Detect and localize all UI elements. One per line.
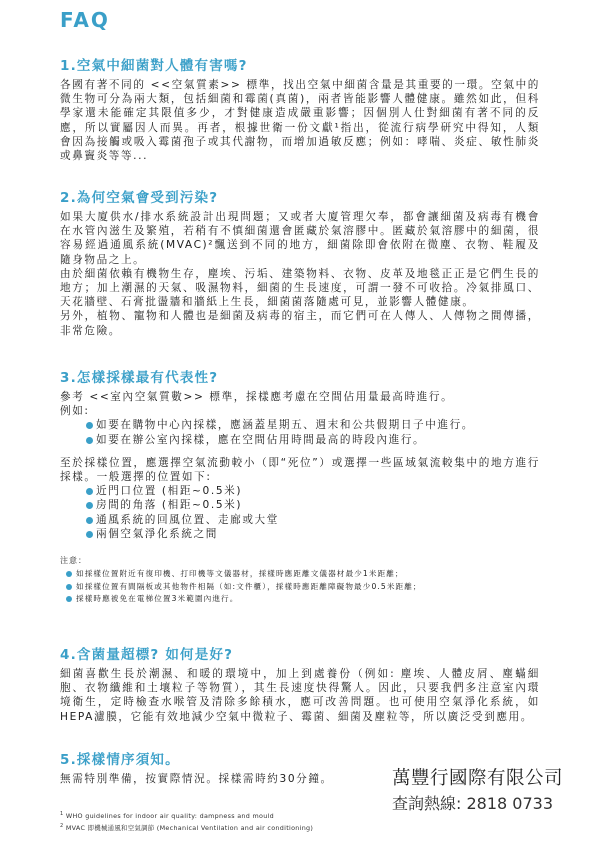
- footnote-mark: 2: [60, 823, 63, 829]
- page-title: FAQ: [60, 8, 110, 32]
- footnote-text: MVAC 即機械通風和空氣調節 (Mechanical Ventilation …: [66, 824, 313, 832]
- list-item: 通風系統的回風位置、走廊或大堂: [86, 513, 540, 527]
- section-title: 1.空氣中細菌對人體有害嗎?: [60, 58, 540, 75]
- faq-section-5: 5.採樣情序須知。 無需特別準備，按實際情況。採樣需時約30分鐘。: [60, 752, 380, 786]
- bullet-dot-icon: [66, 596, 72, 602]
- bullet-dot-icon: [66, 571, 72, 577]
- section-paragraph: 如果大廈供水/排水系統設計出現問題；又或者大廈管理欠奉，都會讓細菌及病毒有機會在…: [60, 210, 540, 267]
- footnote-2: 2 MVAC 即機械通風和空氣調節 (Mechanical Ventilatio…: [60, 822, 380, 834]
- section-paragraph: 另外，植物、寵物和人體也是細菌及病毒的宿主，而它們可在人傳人、人傳物之間傳播，非…: [60, 309, 540, 337]
- bullet-dot-icon: [86, 437, 93, 444]
- faq-section-1: 1.空氣中細菌對人體有害嗎? 各國有著不同的 <<空氣質素>> 標準，找出空氣中…: [60, 58, 540, 163]
- note-text: 採樣時應被免在電梯位置3米範圍內進行。: [76, 594, 238, 603]
- faq-section-4: 4.含菌量超標? 如何是好? 細菌喜歡生長於潮濕、和暖的環境中，加上到處養份（例…: [60, 647, 540, 724]
- location-list: 近門口位置 (相距~0.5米) 房間的角落 (相距~0.5米) 通風系統的回風位…: [60, 484, 540, 541]
- list-item: 如要在購物中心內採樣，應涵蓋星期五、週末和公共假期日子中進行。: [86, 418, 540, 432]
- list-item-text: 通風系統的回風位置、走廊或大堂: [96, 514, 279, 526]
- note-text: 如採樣位置附近有復印機、打印機等文儀器材，採樣時應距離文儀器材最少1米距離；: [76, 569, 404, 578]
- bullet-dot-icon: [86, 517, 93, 524]
- footnote-1: 1 WHO guidelines for indoor air quality:…: [60, 810, 380, 822]
- section-title: 3.怎樣採樣最有代表性?: [60, 370, 540, 387]
- bullet-dot-icon: [66, 584, 72, 590]
- section-title: 2.為何空氣會受到污染?: [60, 190, 540, 207]
- footnote-text: WHO guidelines for indoor air quality: d…: [66, 812, 274, 820]
- footnotes: 1 WHO guidelines for indoor air quality:…: [60, 810, 380, 833]
- note-item: 採樣時應被免在電梯位置3米範圍內進行。: [66, 593, 540, 606]
- bullet-dot-icon: [86, 531, 93, 538]
- list-item: 近門口位置 (相距~0.5米): [86, 484, 540, 498]
- example-label: 例如:: [60, 404, 540, 418]
- location-intro: 至於採樣位置，應選擇空氣流動較小（即“死位”）或選擇一些區域氣流較集中的地方進行…: [60, 456, 540, 484]
- list-item-text: 兩個空氣淨化系統之間: [96, 528, 218, 540]
- example-list: 如要在購物中心內採樣，應涵蓋星期五、週末和公共假期日子中進行。 如要在辦公室內採…: [60, 418, 540, 446]
- list-item-text: 如要在購物中心內採樣，應涵蓋星期五、週末和公共假期日子中進行。: [96, 419, 474, 431]
- section-paragraph: 無需特別準備，按實際情況。採樣需時約30分鐘。: [60, 772, 380, 786]
- faq-section-2: 2.為何空氣會受到污染? 如果大廈供水/排水系統設計出現問題；又或者大廈管理欠奉…: [60, 190, 540, 338]
- list-item: 如要在辦公室內採樣，應在空間佔用時間最高的時段內進行。: [86, 433, 540, 447]
- list-item: 兩個空氣淨化系統之間: [86, 527, 540, 541]
- note-item: 如採樣位置附近有復印機、打印機等文儀器材，採樣時應距離文儀器材最少1米距離；: [66, 568, 540, 581]
- list-item-text: 房間的角落 (相距~0.5米): [96, 499, 242, 511]
- section-paragraph: 各國有著不同的 <<空氣質素>> 標準，找出空氣中細菌含量是其重要的一環。空氣中…: [60, 78, 540, 163]
- section-paragraph: 由於細菌依賴有機物生存，塵埃、污垢、建築物料、衣物、皮革及地毯正正是它們生長的地…: [60, 267, 540, 310]
- section-intro: 參考 <<室內空氣質數>> 標準，採樣應考慮在空間佔用量最高時進行。: [60, 390, 540, 404]
- section-title: 4.含菌量超標? 如何是好?: [60, 647, 540, 664]
- list-item-text: 如要在辦公室內採樣，應在空間佔用時間最高的時段內進行。: [96, 434, 425, 446]
- list-item-text: 近門口位置 (相距~0.5米): [96, 485, 242, 497]
- hotline: 查詢熱線: 2818 0733: [392, 794, 582, 814]
- faq-section-3: 3.怎樣採樣最有代表性? 參考 <<室內空氣質數>> 標準，採樣應考慮在空間佔用…: [60, 370, 540, 606]
- note-item: 如採樣位置有間隔板或其他物件相隔（如:文件櫃），採樣時應距離障礙物最少0.5米距…: [66, 581, 540, 594]
- notes-list: 如採樣位置附近有復印機、打印機等文儀器材，採樣時應距離文儀器材最少1米距離； 如…: [60, 568, 540, 606]
- section-title: 5.採樣情序須知。: [60, 752, 380, 769]
- note-text: 如採樣位置有間隔板或其他物件相隔（如:文件櫃），採樣時應距離障礙物最少0.5米距…: [76, 582, 422, 591]
- company-name: 萬豐行國際有限公司: [392, 768, 582, 790]
- footnote-mark: 1: [60, 811, 63, 817]
- bullet-dot-icon: [86, 488, 93, 495]
- list-item: 房間的角落 (相距~0.5米): [86, 498, 540, 512]
- section-paragraph: 細菌喜歡生長於潮濕、和暖的環境中，加上到處養份（例如: 塵埃、人體皮屑、塵蟎細胞…: [60, 667, 540, 724]
- bullet-dot-icon: [86, 502, 93, 509]
- notes-label: 注意：: [60, 555, 540, 566]
- bullet-dot-icon: [86, 422, 93, 429]
